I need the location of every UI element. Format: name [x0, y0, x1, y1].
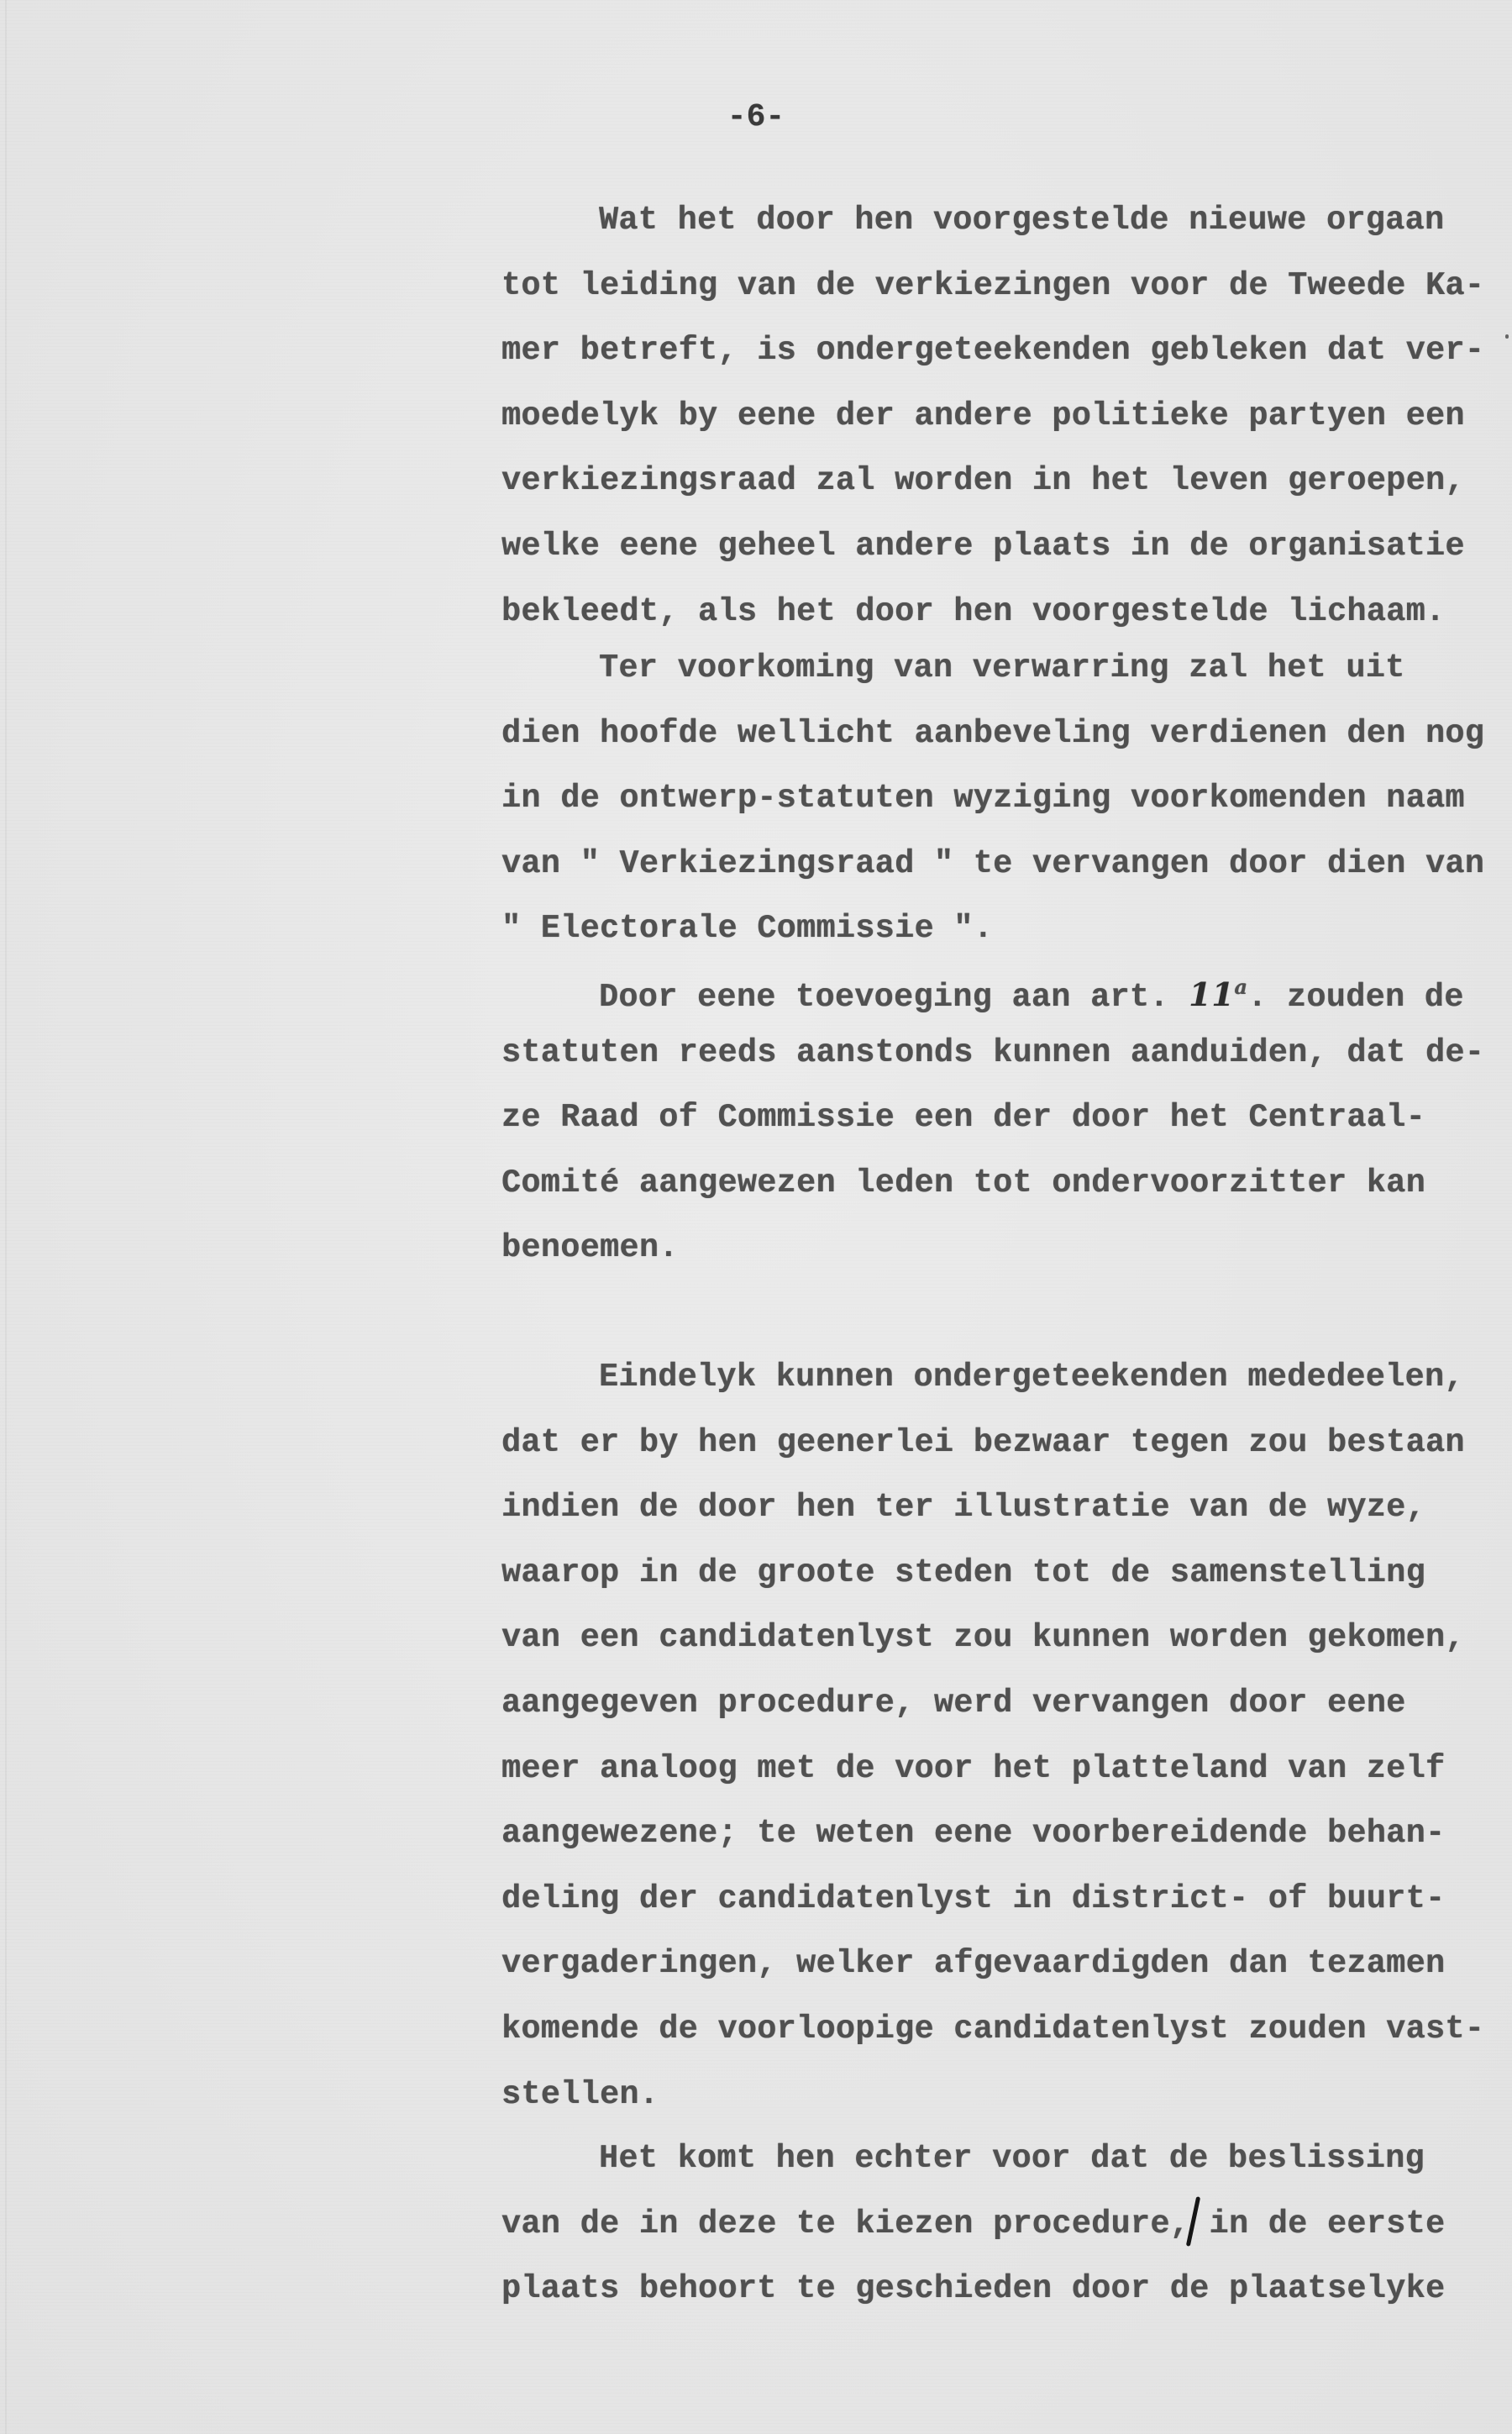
paragraph-line: statuten reeds aanstonds kunnen aanduide…: [501, 1034, 1484, 1071]
paragraph-line: dat er by hen geenerlei bezwaar tegen zo…: [501, 1424, 1465, 1461]
paragraph-line: benoemen.: [501, 1229, 679, 1266]
page-number: -6-: [0, 99, 1512, 135]
paragraph-line: aangegeven procedure, werd vervangen doo…: [501, 1685, 1406, 1722]
paragraph-first-line: Het komt hen echter voor dat de beslissi…: [599, 2140, 1425, 2177]
paragraph-line: meer analoog met de voor het platteland …: [501, 1750, 1445, 1787]
paragraph-line: Comité aangewezen leden tot ondervoorzit…: [501, 1164, 1425, 1201]
paragraph-line: mer betreft, is ondergeteekenden gebleke…: [501, 332, 1484, 369]
paragraph-line: verkiezingsraad zal worden in het leven …: [501, 462, 1465, 499]
paragraph-first-line: Wat het door hen voorgestelde nieuwe org…: [599, 202, 1444, 239]
paragraph-line: in de ontwerp-statuten wyziging voorkome…: [501, 780, 1465, 817]
paragraph-line: tot leiding van de verkiezingen voor de …: [501, 267, 1484, 304]
paragraph-line: plaats behoort te geschieden door de pla…: [501, 2270, 1445, 2307]
paragraph-line: indien de door hen ter illustratie van d…: [501, 1489, 1425, 1526]
paragraph-line: van " Verkiezingsraad " te vervangen doo…: [501, 845, 1484, 882]
paragraph-line: moedelyk by eene der andere politieke pa…: [501, 397, 1465, 434]
paragraph-first-line: Ter voorkoming van verwarring zal het ui…: [599, 649, 1405, 686]
paragraph-line: van de in deze te kiezen procedure, in d…: [501, 2205, 1445, 2242]
paragraph-first-line: Door eene toevoeging aan art. 11a. zoude…: [599, 969, 1464, 1016]
paragraph-line: vergaderingen, welker afgevaardigden dan…: [501, 1945, 1445, 1982]
paragraph-line: bekleedt, als het door hen voorgestelde …: [501, 593, 1445, 630]
document-page: -6- Wat het door hen voorgestelde nieuwe…: [0, 0, 1512, 2434]
margin-mark: [1505, 334, 1509, 339]
paragraph-line: ze Raad of Commissie een der door het Ce…: [501, 1099, 1425, 1136]
paragraph-line: welke eene geheel andere plaats in de or…: [501, 528, 1465, 565]
paragraph-line: waarop in de groote steden tot de samens…: [501, 1554, 1425, 1591]
paragraph-line: " Electorale Commissie ".: [501, 910, 993, 947]
paragraph-first-line: Eindelyk kunnen ondergeteekenden mededee…: [599, 1359, 1464, 1396]
handwritten-article-number: 11a: [1189, 976, 1247, 1014]
paragraph-line: dien hoofde wellicht aanbeveling verdien…: [501, 715, 1484, 752]
paragraph-line: van een candidatenlyst zou kunnen worden…: [501, 1619, 1465, 1656]
paragraph-line: komende de voorloopige candidatenlyst zo…: [501, 2011, 1484, 2048]
paragraph-line: stellen.: [501, 2076, 659, 2113]
paragraph-line: aangewezene; te weten eene voorbereidend…: [501, 1815, 1445, 1852]
article-superscript: a: [1234, 975, 1247, 999]
paragraph-line: deling der candidatenlyst in district- o…: [501, 1880, 1445, 1917]
page-edge-shadow: [5, 0, 7, 2434]
